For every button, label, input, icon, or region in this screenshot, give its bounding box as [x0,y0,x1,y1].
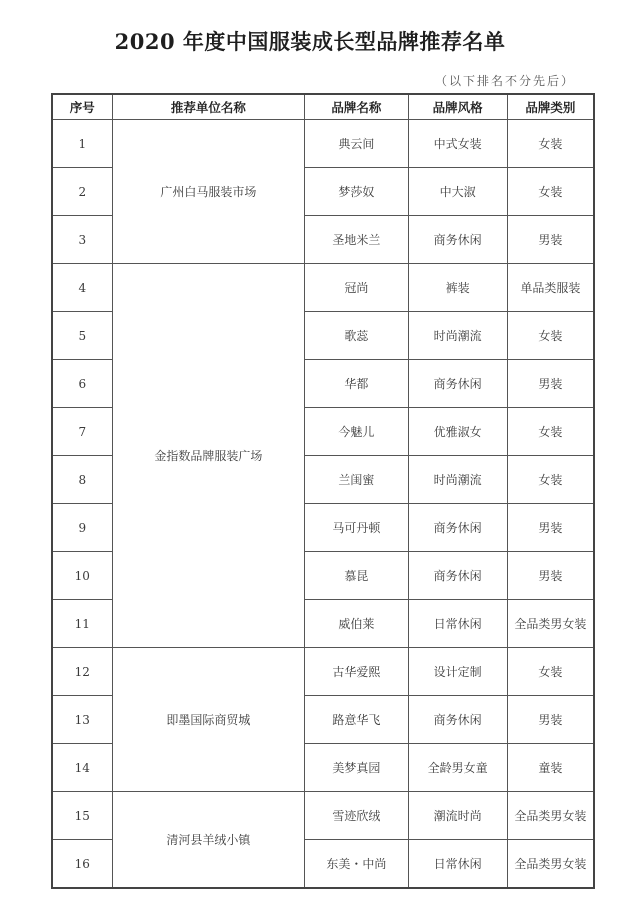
brand-category: 女装 [507,408,594,456]
brand-name: 歌蕊 [305,312,409,360]
unit-name: 即墨国际商贸城 [112,648,305,792]
row-no: 2 [52,168,112,216]
header-no: 序号 [52,94,112,120]
brand-category: 童装 [507,744,594,792]
brand-style: 潮流时尚 [408,792,507,840]
brand-style: 商务休闲 [408,552,507,600]
row-no: 12 [52,648,112,696]
brand-style: 全龄男女童 [408,744,507,792]
brand-style: 商务休闲 [408,360,507,408]
brand-category: 女装 [507,456,594,504]
brand-name: 古华爱熙 [305,648,409,696]
brand-style: 设计定制 [408,648,507,696]
header-brand: 品牌名称 [305,94,409,120]
ranking-note: （以下排名不分先后） [435,72,575,89]
row-no: 6 [52,360,112,408]
brand-name: 圣地米兰 [305,216,409,264]
brand-style: 优雅淑女 [408,408,507,456]
brand-category: 男装 [507,696,594,744]
brand-category: 男装 [507,216,594,264]
table-row: 15 清河县羊绒小镇 雪迹欣绒 潮流时尚 全品类男女装 [52,792,594,840]
row-no: 10 [52,552,112,600]
brand-name: 典云间 [305,120,409,168]
brand-style: 商务休闲 [408,216,507,264]
brand-name: 华都 [305,360,409,408]
brand-category: 全品类男女装 [507,840,594,889]
brand-name: 威伯莱 [305,600,409,648]
brand-name: 马可丹顿 [305,504,409,552]
brand-name: 今魅儿 [305,408,409,456]
brand-category: 全品类男女装 [507,600,594,648]
row-no: 9 [52,504,112,552]
row-no: 5 [52,312,112,360]
brand-style: 日常休闲 [408,840,507,889]
header-style: 品牌风格 [408,94,507,120]
brand-style: 裤装 [408,264,507,312]
brand-style: 中式女装 [408,120,507,168]
table-row: 12 即墨国际商贸城 古华爱熙 设计定制 女装 [52,648,594,696]
brand-category: 男装 [507,504,594,552]
brand-category: 全品类男女装 [507,792,594,840]
unit-name: 清河县羊绒小镇 [112,792,305,889]
brand-category: 女装 [507,648,594,696]
table-row: 4 金指数品牌服装广场 冠尚 裤装 单品类服装 [52,264,594,312]
row-no: 7 [52,408,112,456]
brand-name: 兰闺蜜 [305,456,409,504]
brand-category: 女装 [507,312,594,360]
brand-name: 梦莎奴 [305,168,409,216]
document-title: 2020 年度中国服装成长型品牌推荐名单 [0,26,620,56]
row-no: 1 [52,120,112,168]
brand-category: 女装 [507,168,594,216]
unit-name: 金指数品牌服装广场 [112,264,305,648]
row-no: 8 [52,456,112,504]
header-unit: 推荐单位名称 [112,94,305,120]
row-no: 14 [52,744,112,792]
brand-name: 美梦真园 [305,744,409,792]
brand-name: 东美・中尚 [305,840,409,889]
row-no: 13 [52,696,112,744]
brand-style: 商务休闲 [408,504,507,552]
brand-category: 女装 [507,120,594,168]
brand-name: 冠尚 [305,264,409,312]
table-row: 1 广州白马服装市场 典云间 中式女装 女装 [52,120,594,168]
row-no: 16 [52,840,112,889]
brand-category: 男装 [507,360,594,408]
brand-name: 慕昆 [305,552,409,600]
brand-table: 序号 推荐单位名称 品牌名称 品牌风格 品牌类别 1 广州白马服装市场 典云间 … [51,93,595,889]
header-category: 品牌类别 [507,94,594,120]
brand-name: 路意华飞 [305,696,409,744]
brand-style: 商务休闲 [408,696,507,744]
brand-category: 男装 [507,552,594,600]
header-row: 序号 推荐单位名称 品牌名称 品牌风格 品牌类别 [52,94,594,120]
row-no: 11 [52,600,112,648]
brand-style: 时尚潮流 [408,312,507,360]
brand-name: 雪迹欣绒 [305,792,409,840]
brand-style: 时尚潮流 [408,456,507,504]
brand-style: 日常休闲 [408,600,507,648]
brand-style: 中大淑 [408,168,507,216]
row-no: 15 [52,792,112,840]
row-no: 3 [52,216,112,264]
row-no: 4 [52,264,112,312]
unit-name: 广州白马服装市场 [112,120,305,264]
brand-category: 单品类服装 [507,264,594,312]
